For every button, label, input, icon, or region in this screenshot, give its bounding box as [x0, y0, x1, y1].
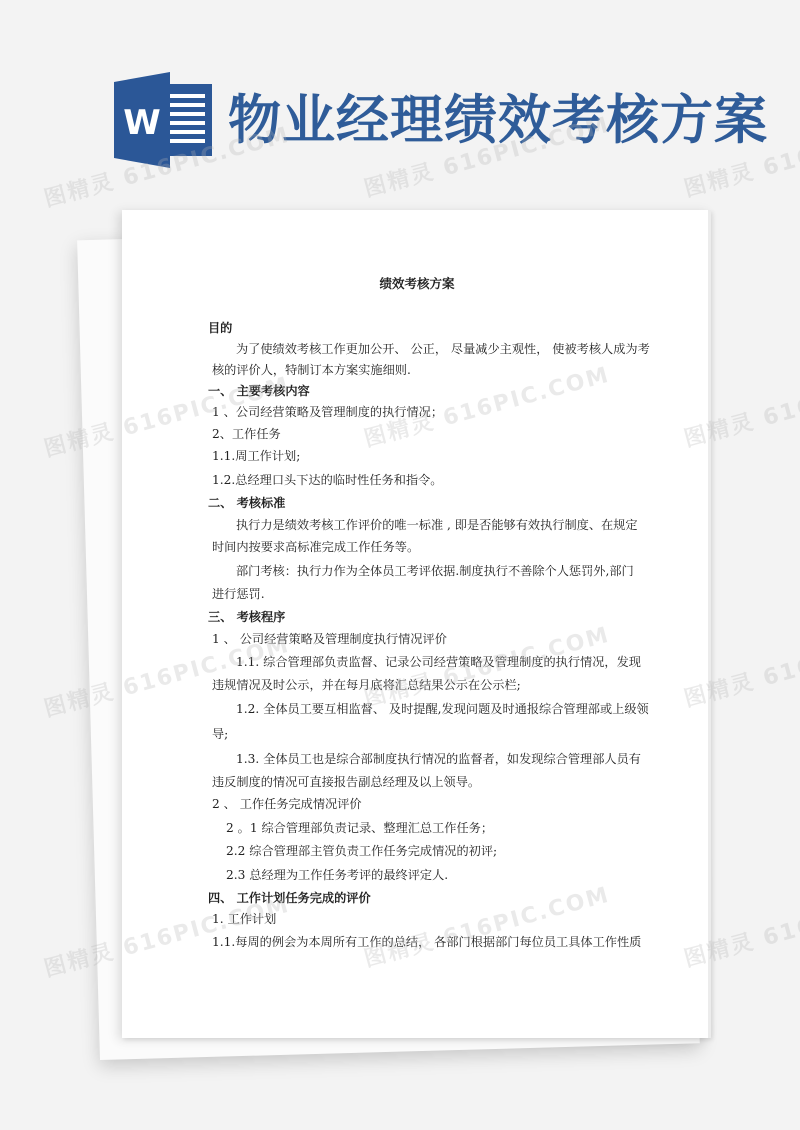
word-document-icon: W: [112, 72, 218, 168]
banner-title: 物业经理绩效考核方案: [228, 78, 768, 154]
section-heading: 二、 考核标准: [208, 495, 285, 511]
document-line: 导;: [212, 726, 228, 742]
document-line: 1. 工作计划: [212, 911, 276, 927]
document-line: 1.1.每周的例会为本周所有工作的总结， 各部门根据部门每位员工具体工作性质: [212, 934, 641, 950]
document-line: 时间内按要求高标准完成工作任务等。: [212, 539, 419, 555]
document-line: 2、工作任务: [212, 426, 281, 442]
document-line: 1.2.总经理口头下达的临时性任务和指令。: [212, 472, 442, 488]
document-line: 执行力是绩效考核工作评价的唯一标准 , 即是否能够有效执行制度、在规定: [212, 517, 638, 533]
document-line: 1.3. 全体员工也是综合部制度执行情况的监督者，如发现综合管理部人员有: [212, 751, 641, 767]
banner: W 物业经理绩效考核方案: [0, 0, 800, 200]
document-line: 违规情况及时公示，并在每月底将汇总结果公示在公示栏;: [212, 677, 521, 693]
document-line: 为了使绩效考核工作更加公开、 公正， 尽量减少主观性， 使被考核人成为考: [212, 341, 650, 357]
document-line: 2 。1 综合管理部负责记录、整理汇总工作任务；: [212, 820, 493, 836]
section-heading: 一、 主要考核内容: [208, 383, 310, 399]
document-line: 进行惩罚.: [212, 586, 265, 602]
document-page: 绩效考核方案 目的为了使绩效考核工作更加公开、 公正， 尽量减少主观性， 使被考…: [122, 210, 711, 1038]
section-heading: 三、 考核程序: [208, 609, 285, 625]
document-title: 绩效考核方案: [212, 274, 622, 292]
document-line: 1.2. 全体员工要互相监督、 及时提醒,发现问题及时通报综合管理部或上级领: [212, 701, 649, 717]
document-line: 1.1. 综合管理部负责监督、记录公司经营策略及管理制度的执行情况，发现: [212, 654, 641, 670]
document-line: 2 、 工作任务完成情况评价: [212, 796, 362, 812]
document-line: 2.2 综合管理部主管负责工作任务完成情况的初评;: [212, 843, 497, 859]
document-line: 1 、 公司经营策略及管理制度执行情况评价: [212, 631, 447, 647]
document-line: 违反制度的情况可直接报告副总经理及以上领导。: [212, 774, 480, 790]
document-line: 核的评价人，特制订本方案实施细则.: [212, 362, 411, 378]
document-line: 2.3 总经理为工作任务考评的最终评定人.: [212, 867, 448, 883]
document-line: 1 、公司经营策略及管理制度的执行情况；: [212, 404, 443, 420]
section-heading: 四、 工作计划任务完成的评价: [208, 890, 371, 906]
document-line: 部门考核：执行力作为全体员工考评依据.制度执行不善除个人惩罚外,部门: [212, 563, 634, 579]
svg-text:W: W: [123, 103, 161, 143]
document-line: 1.1.周工作计划;: [212, 448, 300, 464]
section-heading: 目的: [208, 320, 232, 336]
